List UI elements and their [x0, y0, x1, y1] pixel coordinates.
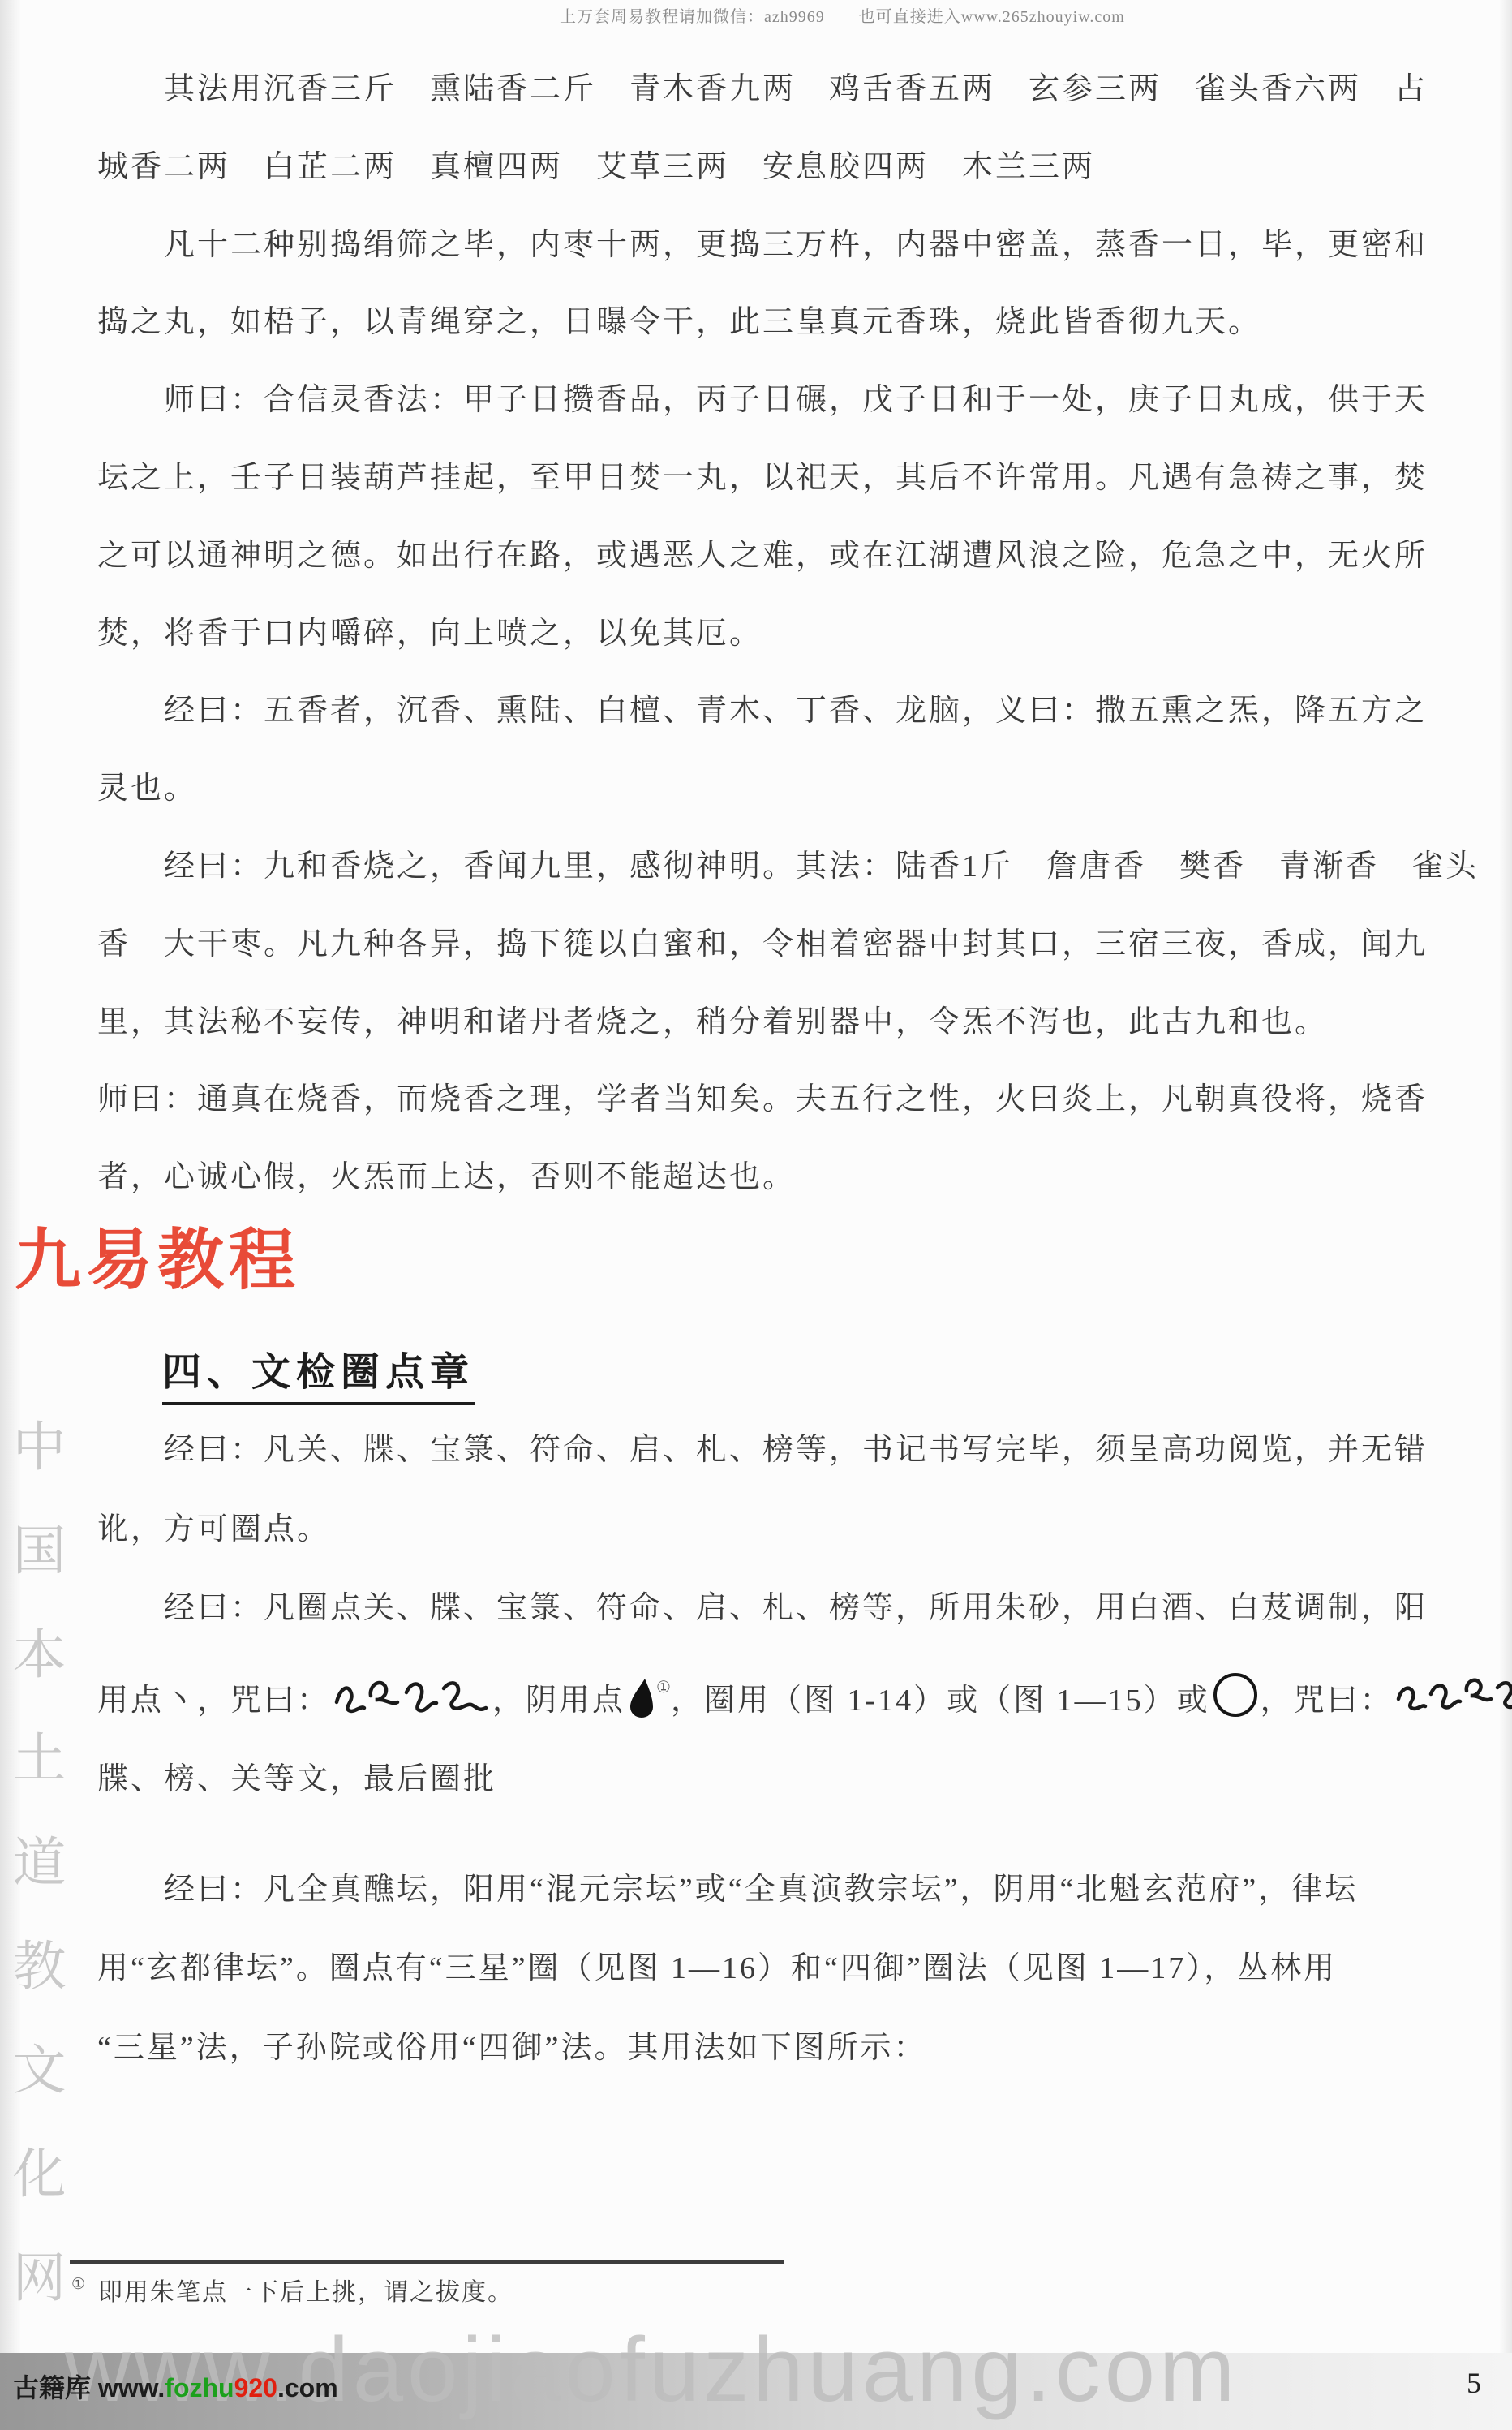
text-line: 凡十二种别捣绢筛之毕，内枣十两，更捣三万杵，内器中密盖，蒸香一日，毕，更密和 [97, 207, 1479, 285]
footer-site-badge: 古籍库 www.fozhu920.com [13, 2368, 338, 2405]
text-line: 经曰：九和香烧之，香闻九里，感彻神明。其法：陆香1斤 詹唐香 樊香 青渐香 雀头 [97, 828, 1479, 906]
text-line: 焚，将香于口内嚼碎，向上喷之，以免其厄。 [97, 596, 1479, 673]
page-number: 5 [1467, 2366, 1481, 2400]
mantra-line-pre: 用点丶，咒曰： [97, 1684, 330, 1718]
text-line: 捣之丸，如梧子，以青绳穿之，日曝令干，此三皇真元香珠，烧此皆香彻九天。 [97, 284, 1479, 362]
footnote-divider [70, 2260, 784, 2264]
mantra-line-mid3: ，咒曰： [1261, 1684, 1394, 1718]
footnote-ref-mark: ① [656, 1679, 671, 1697]
mantra-line-mid1: ，阴用点 [492, 1684, 625, 1718]
mantra-text-line: 用点丶，咒曰：，阴用点①，圈用（图 1-14）或（图 1—15）或，咒曰：。 [97, 1649, 1512, 1741]
text-line: 城香二两 白芷二两 真檀四两 艾草三两 安息胶四两 木兰三两 [97, 129, 1479, 207]
scanned-page: 上万套周易教程请加微信：azh9969 也可直接进入www.265zhouyiw… [0, 0, 1512, 2430]
text-line: 师曰：合信灵香法：甲子日攒香品，丙子日碾，戊子日和于一处，庚子日丸成，供于天 [97, 362, 1479, 440]
left-vertical-watermark: 中国本土道教文化网 [0, 1418, 72, 2353]
text-line: 香 大干枣。凡九种各异，捣下簁以白蜜和，令相着密器中封其口，三宿三夜，香成，闻九 [97, 906, 1479, 984]
text-line: 之可以通神明之德。如出行在路，或遇恶人之难，或在江湖遭风浪之险，危急之中，无火所 [97, 518, 1479, 596]
footer-badge-suffix: .com [277, 2373, 338, 2402]
section-heading: 四、文检圈点章 [162, 1340, 475, 1405]
text-line: 经曰：凡圈点关、牒、宝箓、符命、启、札、榜等，所用朱砂，用白酒、白芨调制，阳 [97, 1569, 1512, 1649]
text-line: 者，心诚心假，火炁而上达，否则不能超达也。 [97, 1139, 1479, 1217]
footer-badge-prefix: 古籍库 www. [13, 2373, 165, 2402]
text-line: 师曰：通真在烧香，而烧香之理，学者当知矣。夫五行之性，火曰炎上，凡朝真役将，烧香 [97, 1061, 1479, 1139]
text-line: 牒、榜、关等文，最后圈批 [97, 1740, 1512, 1820]
mantra-script-icon [1394, 1671, 1512, 1720]
body-text-block-1: 其法用沉香三斤 熏陆香二斤 青木香九两 鸡舌香五两 玄参三两 雀头香六两 占 城… [97, 51, 1479, 1217]
text-line: 经曰：五香者，沉香、熏陆、白檀、青木、丁香、龙脑，义曰：撒五熏之炁，降五方之 [97, 673, 1479, 751]
text-line: 灵也。 [97, 751, 1479, 828]
header-note: 上万套周易教程请加微信：azh9969 也可直接进入www.265zhouyiw… [560, 3, 1125, 27]
text-line: 经曰：凡全真醮坛，阳用“混元宗坛”或“全真演教宗坛”，阴用“北魁玄范府”，律坛 [97, 1851, 1512, 1930]
text-line: 讹，方可圈点。 [97, 1490, 1512, 1570]
text-line: 其法用沉香三斤 熏陆香二斤 青木香九两 鸡舌香五两 玄参三两 雀头香六两 占 [97, 51, 1479, 129]
section-heading-text: 四、文检圈点章 [162, 1340, 475, 1405]
text-line: “三星”法，子孙院或俗用“四御”法。其用法如下图所示： [97, 2009, 1512, 2088]
text-line: 里，其法秘不妄传，神明和诸丹者烧之，稍分着别器中，令炁不泻也，此古九和也。 [97, 984, 1479, 1062]
footnote: ①即用朱笔点一下后上挑，谓之拔度。 [71, 2272, 513, 2307]
footnote-text: 即用朱笔点一下后上挑，谓之拔度。 [98, 2279, 513, 2306]
text-line: 经曰：凡关、牒、宝箓、符命、启、札、榜等，书记书写完毕，须呈高功阅览，并无错 [97, 1411, 1512, 1490]
text-line: 坛之上，壬子日装葫芦挂起，至甲日焚一丸，以祀天，其后不许常用。凡遇有急祷之事，焚 [97, 440, 1479, 518]
ink-drop-icon [627, 1676, 655, 1718]
body-text-block-2: 经曰：凡关、牒、宝箓、符命、启、札、榜等，书记书写完毕，须呈高功阅览，并无错 讹… [97, 1411, 1512, 2088]
mantra-line-mid2: ，圈用（图 1-14）或（图 1—15）或 [671, 1684, 1210, 1718]
red-brand-watermark: 九易教程 [15, 1207, 300, 1302]
mantra-script-icon [330, 1671, 492, 1720]
footer-badge-red: 920 [234, 2373, 277, 2402]
text-line: 用“玄都律坛”。圈点有“三星”圈（见图 1—16）和“四御”圈法（见图 1—17… [97, 1929, 1512, 2009]
footnote-marker: ① [71, 2276, 87, 2293]
footer-badge-green: fozhu [165, 2373, 234, 2402]
open-circle-icon [1213, 1673, 1257, 1717]
